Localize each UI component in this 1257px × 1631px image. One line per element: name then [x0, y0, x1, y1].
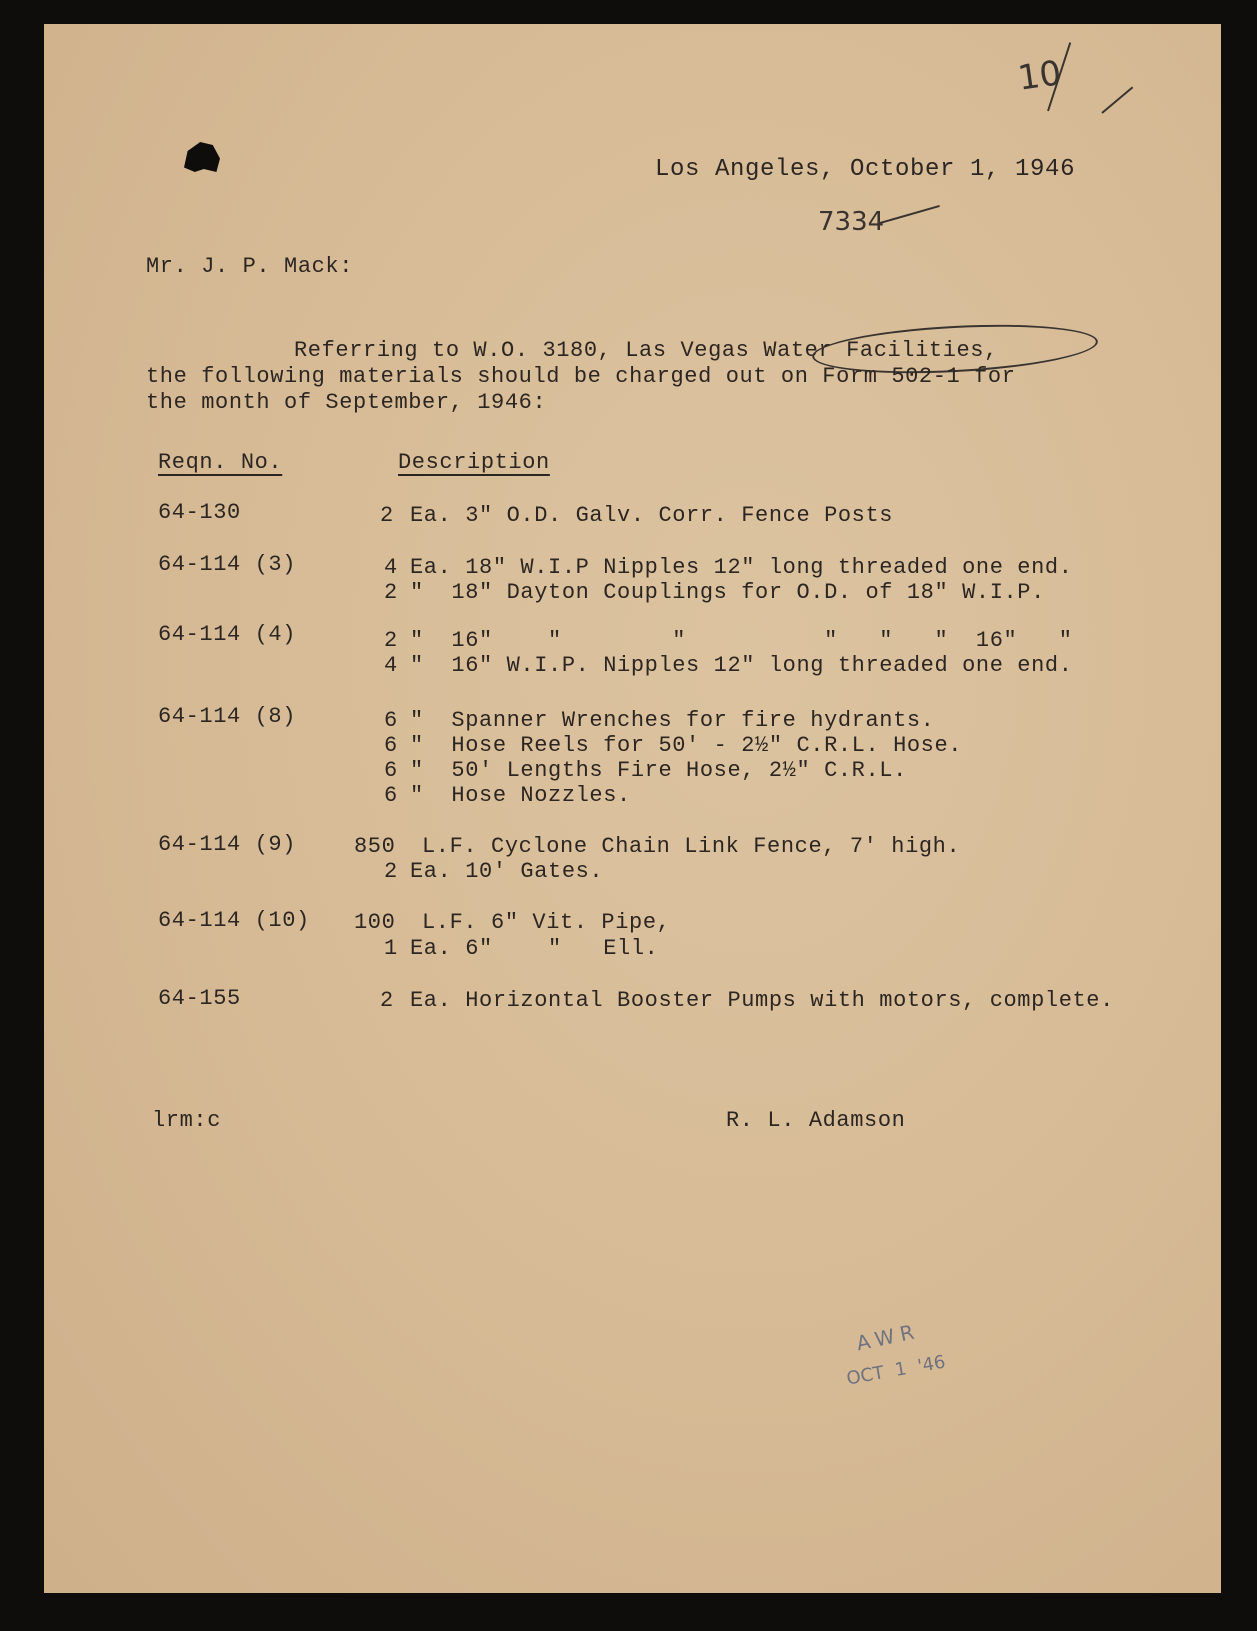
file-number: 7334 [818, 207, 884, 237]
item-desc: Ea. 3" O.D. Galv. Corr. Fence Posts [410, 505, 893, 527]
item-qty: 2 [384, 582, 398, 604]
reqn-number: 64-155 [158, 988, 241, 1010]
item-qty: 100 [354, 912, 395, 934]
handwritten-page-mark: 10 [1015, 53, 1063, 99]
typist-initials: lrm:c [152, 1110, 221, 1132]
item-desc: " 16" " " " " " 16" " [410, 630, 1073, 652]
body-line-2: the following materials should be charge… [146, 366, 1016, 388]
signature-name: R. L. Adamson [726, 1110, 905, 1132]
reqn-number: 64-114 (8) [158, 706, 296, 728]
item-desc: " 50' Lengths Fire Hose, 2½" C.R.L. [410, 760, 907, 782]
item-qty: 2 [384, 861, 398, 883]
item-desc: Ea. Horizontal Booster Pumps with motors… [410, 990, 1114, 1012]
item-qty: 6 [384, 710, 398, 732]
reqn-number: 64-114 (3) [158, 554, 296, 576]
item-qty: 850 [354, 836, 395, 858]
item-desc: " Hose Reels for 50' - 2½" C.R.L. Hose. [410, 735, 962, 757]
item-desc: " 16" W.I.P. Nipples 12" long threaded o… [410, 655, 1073, 677]
item-qty: 6 [384, 785, 398, 807]
item-qty: 6 [384, 760, 398, 782]
reqn-number: 64-114 (4) [158, 624, 296, 646]
item-qty: 1 [384, 938, 398, 960]
item-desc: " Spanner Wrenches for fire hydrants. [410, 710, 934, 732]
item-desc: L.F. Cyclone Chain Link Fence, 7' high. [422, 836, 960, 858]
reqn-number: 64-114 (9) [158, 834, 296, 856]
reqn-number: 64-114 (10) [158, 910, 310, 932]
item-qty: 6 [384, 735, 398, 757]
item-desc: " 18" Dayton Couplings for O.D. of 18" W… [410, 582, 1045, 604]
body-line-3: the month of September, 1946: [146, 392, 546, 414]
item-desc: Ea. 6" " Ell. [410, 938, 658, 960]
item-desc: " Hose Nozzles. [410, 785, 631, 807]
column-header-reqn: Reqn. No. [158, 452, 282, 474]
item-desc: Ea. 18" W.I.P Nipples 12" long threaded … [410, 557, 1073, 579]
punch-hole [184, 142, 220, 172]
item-desc: Ea. 10' Gates. [410, 861, 603, 883]
item-qty: 2 [380, 505, 394, 527]
item-qty: 2 [384, 630, 398, 652]
item-qty: 4 [384, 655, 398, 677]
item-qty: 2 [380, 990, 394, 1012]
place-date: Los Angeles, October 1, 1946 [655, 158, 1075, 182]
reqn-number: 64-130 [158, 502, 241, 524]
item-desc: L.F. 6" Vit. Pipe, [422, 912, 670, 934]
column-header-description: Description [398, 452, 580, 474]
item-qty: 4 [384, 557, 398, 579]
salutation: Mr. J. P. Mack: [146, 256, 353, 278]
